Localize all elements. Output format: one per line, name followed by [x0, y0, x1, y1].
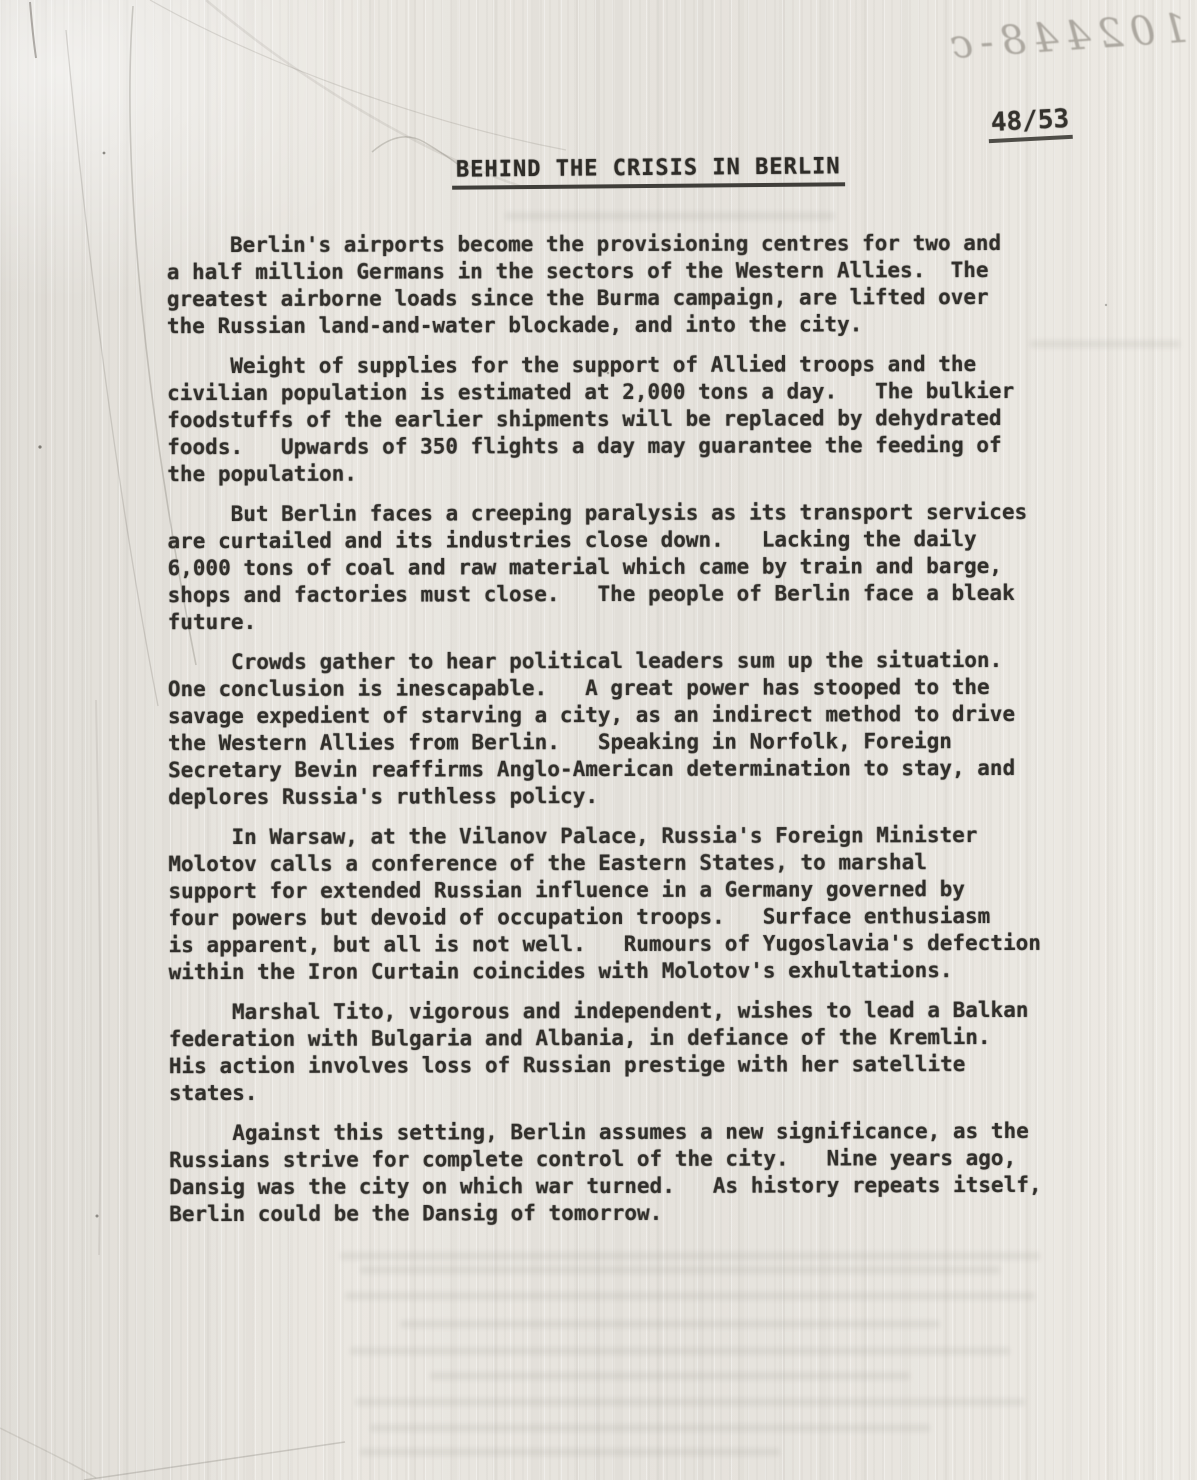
paragraph-crowds: Crowds gather to hear political leaders …	[168, 647, 1068, 811]
ghost-line	[430, 1372, 910, 1380]
ghost-line	[370, 1424, 930, 1432]
ghost-line	[340, 1252, 1040, 1260]
ghost-line	[360, 1266, 1000, 1274]
issue-number: 48/53	[987, 104, 1073, 143]
ghost-line	[355, 1398, 1025, 1406]
paragraph-supplies: Weight of supplies for the support of Al…	[167, 351, 1067, 488]
ghost-line	[350, 1347, 1010, 1355]
ghost-line	[345, 1292, 1035, 1300]
paragraph-danzig: Against this setting, Berlin assumes a n…	[169, 1118, 1069, 1228]
ghost-line	[1030, 340, 1180, 348]
document-body: Berlin's airports become the provisionin…	[167, 230, 1070, 1241]
ghost-line	[360, 1448, 780, 1456]
ghost-line	[505, 212, 835, 220]
paragraph-tito: Marshal Tito, vigorous and independent, …	[169, 997, 1069, 1107]
document-title: BEHIND THE CRISIS IN BERLIN	[452, 154, 845, 189]
ghost-line	[400, 1320, 940, 1328]
paragraph-warsaw: In Warsaw, at the Vilanov Palace, Russia…	[168, 822, 1068, 986]
paragraph-paralysis: But Berlin faces a creeping paralysis as…	[167, 499, 1067, 636]
paragraph-airports: Berlin's airports become the provisionin…	[167, 230, 1067, 340]
scanned-document-page: 102448-c 48/53 BEHIND THE CRISIS IN BERL…	[0, 0, 1197, 1480]
